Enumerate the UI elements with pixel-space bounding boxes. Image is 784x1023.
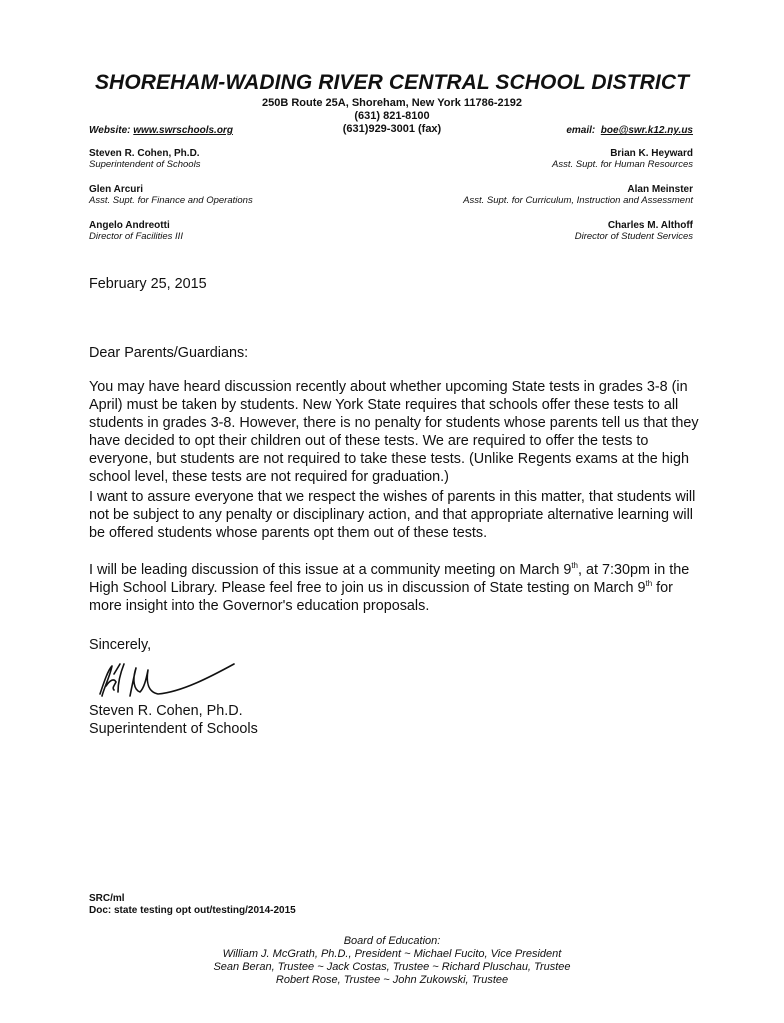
staff-right-2: Charles M. Althoff Director of Student S…: [575, 220, 693, 242]
reference-initials: SRC/ml: [89, 893, 125, 904]
reference-doc: Doc: state testing opt out/testing/2014-…: [89, 905, 296, 916]
board-heading: Board of Education:: [0, 935, 784, 948]
email-line: email: boe@swr.k12.ny.us: [566, 125, 693, 136]
website-label: Website:: [89, 125, 131, 136]
salutation: Dear Parents/Guardians:: [89, 344, 701, 362]
email-label: email:: [566, 125, 595, 136]
staff-left-2: Angelo Andreotti Director of Facilities …: [89, 220, 183, 242]
paragraph-1: You may have heard discussion recently a…: [89, 378, 701, 486]
paragraph-3: I will be leading discussion of this iss…: [89, 561, 701, 615]
paragraph-3-text: I will be leading discussion of this iss…: [89, 561, 701, 615]
staff-right-0: Brian K. Heyward Asst. Supt. for Human R…: [552, 148, 693, 170]
staff-name: Steven R. Cohen, Ph.D.: [89, 148, 200, 159]
letter-date: February 25, 2015: [89, 275, 701, 293]
paragraph-1-text: You may have heard discussion recently a…: [89, 378, 701, 486]
staff-name: Charles M. Althoff: [575, 220, 693, 231]
p3-part1: I will be leading discussion of this iss…: [89, 562, 571, 578]
staff-title: Director of Student Services: [575, 231, 693, 242]
staff-title: Director of Facilities III: [89, 231, 183, 242]
staff-name: Alan Meinster: [463, 184, 693, 195]
staff-title: Asst. Supt. for Human Resources: [552, 159, 693, 170]
board-line-1: William J. McGrath, Ph.D., President ~ M…: [0, 948, 784, 961]
district-address: 250B Route 25A, Shoreham, New York 11786…: [0, 97, 784, 109]
staff-title: Asst. Supt. for Finance and Operations: [89, 195, 253, 206]
staff-name: Angelo Andreotti: [89, 220, 183, 231]
staff-left-1: Glen Arcuri Asst. Supt. for Finance and …: [89, 184, 253, 206]
staff-name: Brian K. Heyward: [552, 148, 693, 159]
email-link[interactable]: boe@swr.k12.ny.us: [601, 125, 693, 136]
paragraph-2-text: I want to assure everyone that we respec…: [89, 488, 701, 542]
staff-title: Superintendent of Schools: [89, 159, 200, 170]
district-name: SHOREHAM-WADING RIVER CENTRAL SCHOOL DIS…: [0, 71, 784, 95]
staff-right-1: Alan Meinster Asst. Supt. for Curriculum…: [463, 184, 693, 206]
district-phone: (631) 821-8100: [0, 110, 784, 122]
staff-name: Glen Arcuri: [89, 184, 253, 195]
website-link[interactable]: www.swrschools.org: [133, 125, 233, 136]
website-line: Website: www.swrschools.org: [89, 125, 233, 136]
board-line-2: Sean Beran, Trustee ~ Jack Costas, Trust…: [0, 961, 784, 974]
signature-image: [92, 652, 242, 702]
signer-name: Steven R. Cohen, Ph.D.: [89, 702, 701, 720]
p3-sup1: th: [571, 561, 578, 570]
paragraph-2: I want to assure everyone that we respec…: [89, 488, 701, 542]
staff-title: Asst. Supt. for Curriculum, Instruction …: [463, 195, 693, 206]
board-line-3: Robert Rose, Trustee ~ John Zukowski, Tr…: [0, 974, 784, 987]
staff-left-0: Steven R. Cohen, Ph.D. Superintendent of…: [89, 148, 200, 170]
signer-title: Superintendent of Schools: [89, 720, 701, 738]
